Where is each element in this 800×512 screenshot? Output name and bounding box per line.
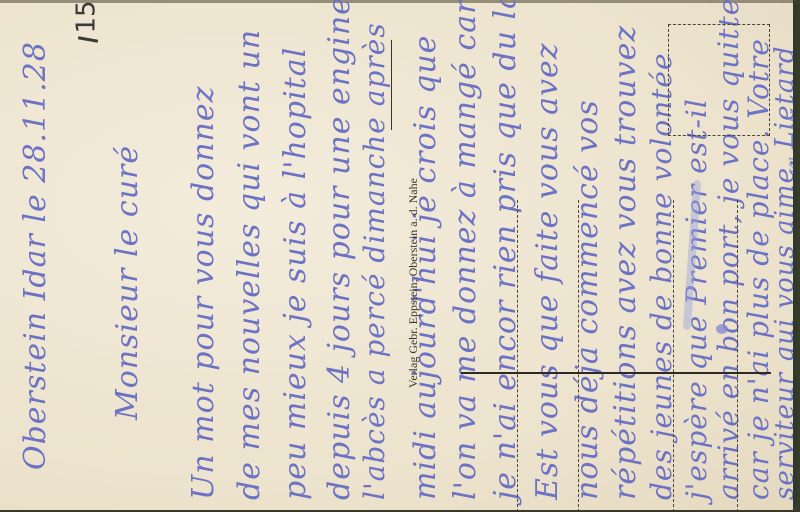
address-line (737, 200, 738, 510)
body-line: peu mieux je suis à l'hopital (278, 47, 313, 500)
divider-line (461, 372, 771, 374)
body-line: l'on va me donnez à mangé car (448, 0, 483, 500)
card-edge-right (793, 0, 797, 510)
body-line: Est vous que faite vous avez (530, 42, 565, 500)
stamp-box (668, 24, 770, 136)
header-line: Oberstein Idar le 28.11.28 (18, 41, 53, 470)
page-number-underline (78, 36, 98, 42)
salutation: Monsieur le curé (110, 145, 145, 420)
body-line: de mes nouvelles qui vont un (232, 29, 267, 500)
publisher-imprint: Verlag Gebr. Eppstein, Oberstein a. d. N… (406, 178, 421, 388)
card-edge-top (0, 0, 797, 3)
body-line: Un mot pour vous donnez (186, 86, 221, 500)
body-line: l'abcès a percé dimanche après (358, 22, 391, 500)
address-line (517, 200, 518, 510)
address-line (578, 200, 579, 510)
address-line (673, 200, 674, 510)
body-line: depuis 4 jours pour une engine (322, 0, 357, 500)
ink-blot (716, 324, 728, 334)
postcard-back: 15 Oberstein Idar le 28.11.28 Monsieur l… (0, 0, 797, 510)
body-line: répétitions avez vous trouvez (608, 25, 643, 500)
publisher-rule (391, 40, 392, 130)
body-line: nous déja commencé vos (570, 99, 605, 500)
page-number: 15 (72, 0, 102, 33)
